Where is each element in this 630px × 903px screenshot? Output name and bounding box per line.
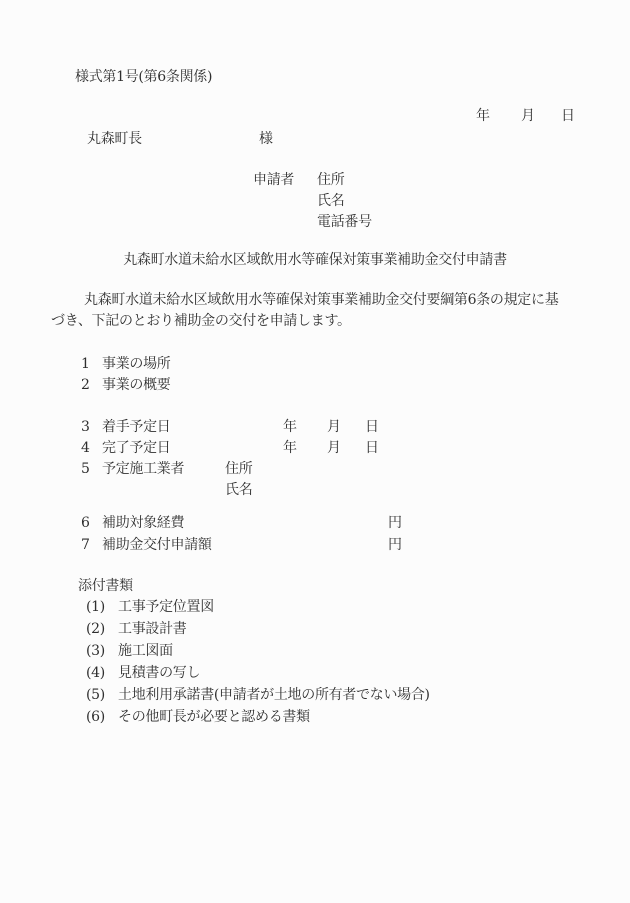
item-6-unit-label: 円 [388,515,402,533]
item-3-label: 着手予定日 [102,419,171,437]
date-month-label: 月 [521,108,535,126]
item-2-number: 2 [81,377,90,395]
item-2-label: 事業の概要 [102,377,171,395]
item-3-year-label: 年 [283,419,297,437]
item-7-number: 7 [81,537,90,555]
applicant-label: 申請者 [253,172,294,190]
item-6-label: 補助対象経費 [102,515,184,533]
body-paragraph-line-2: づき、下記のとおり補助金の交付を申請します。 [51,313,351,331]
item-6-number: 6 [81,515,90,533]
document-title: 丸森町水道未給水区域飲用水等確保対策事業補助金交付申請書 [0,252,630,270]
attachment-5-number: (5) [86,687,105,705]
item-4-year-label: 年 [283,440,297,458]
attachment-1-label: 工事予定位置図 [118,599,214,617]
item-3-number: 3 [81,419,90,437]
attachment-4-number: (4) [86,665,105,683]
attachment-6-label: その他町長が必要と認める書類 [118,709,310,727]
attachment-1-number: (1) [86,599,105,617]
item-7-unit-label: 円 [388,537,402,555]
item-5-number: 5 [81,461,90,479]
item-4-label: 完了予定日 [102,440,171,458]
item-4-month-label: 月 [327,440,341,458]
attachment-2-number: (2) [86,621,105,639]
applicant-name-label: 氏名 [317,193,344,211]
attachments-heading: 添付書類 [78,578,133,596]
item-5-address-label: 住所 [225,461,252,479]
date-year-label: 年 [476,108,490,126]
item-1-number: 1 [81,356,90,374]
item-4-number: 4 [81,440,90,458]
attachment-4-label: 見積書の写し [118,665,200,683]
applicant-address-label: 住所 [317,172,344,190]
attachment-3-label: 施工図面 [118,643,173,661]
item-5-label: 予定施工業者 [102,461,184,479]
addressee-name: 丸森町長 [87,131,142,149]
item-5-name-label: 氏名 [225,482,252,500]
item-4-day-label: 日 [365,440,379,458]
attachment-3-number: (3) [86,643,105,661]
item-3-day-label: 日 [365,419,379,437]
item-1-label: 事業の場所 [102,356,171,374]
applicant-phone-label: 電話番号 [317,214,372,232]
addressee-honorific: 様 [259,131,273,149]
body-paragraph-line-1: 丸森町水道未給水区域飲用水等確保対策事業補助金交付要綱第6条の規定に基 [84,292,558,310]
attachment-6-number: (6) [86,709,105,727]
document-page: 様式第1号(第6条関係) 年 月 日 丸森町長 様 申請者 住所 氏名 電話番号… [0,0,630,903]
item-3-month-label: 月 [327,419,341,437]
attachment-5-label: 土地利用承諾書(申請者が土地の所有者でない場合) [118,687,430,705]
date-day-label: 日 [561,108,575,126]
attachment-2-label: 工事設計書 [118,621,187,639]
form-number-label: 様式第1号(第6条関係) [75,69,212,87]
item-7-label: 補助金交付申請額 [102,537,212,555]
